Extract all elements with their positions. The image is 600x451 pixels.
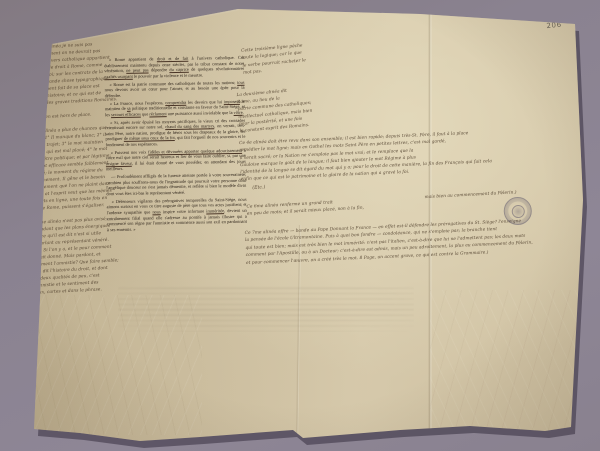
page-content: 206 « Rome appartient de droit et de fai… — [0, 0, 600, 451]
printed-paragraph: « Rome est la patrie commune des catholi… — [104, 79, 244, 98]
note-second-alinea: La deuxième alinéa ditRome, au lieu de l… — [236, 84, 331, 135]
printed-paragraph: — Profondément affligés de la funeste at… — [106, 172, 246, 197]
note-sixth-alinea-continuation: mais bien au commencement du Pèlerin.) — [424, 188, 566, 200]
folio-number: 206 — [546, 21, 562, 31]
printed-paragraph: « Si, après avoir épuisé les moyens paci… — [105, 117, 245, 147]
etc-marker: (Etc.) — [252, 185, 265, 191]
printed-paragraph: « La France, nous l'espérons, comprendra… — [105, 98, 245, 117]
note-sixth-alinea: Ce 6me alinéa renferme un grand traiten … — [246, 195, 422, 219]
scan-background: 206 « Rome appartient de droit et de fai… — [0, 0, 600, 451]
printed-paragraph: « Puissent nos voix fidèles et dévouées … — [106, 147, 246, 172]
printed-paragraph: « Défenseurs vigilants des prérogatives … — [106, 197, 247, 233]
left-margin-notes: Dans le 1er alinéa je ne suis passi plus… — [20, 41, 115, 297]
printed-address: « Rome appartient de droit et de fait à … — [104, 55, 247, 235]
note-fourth-alinea: Ce 4e alinéa doit être revu dans son ens… — [239, 126, 565, 184]
printed-paragraph: « Rome appartient de droit et de fait à … — [104, 55, 244, 80]
note-third-line: Cette troisième ligne pêchetoute la logi… — [241, 40, 327, 77]
paper-sheet: 206 « Rome appartient de droit et de fai… — [0, 0, 600, 451]
